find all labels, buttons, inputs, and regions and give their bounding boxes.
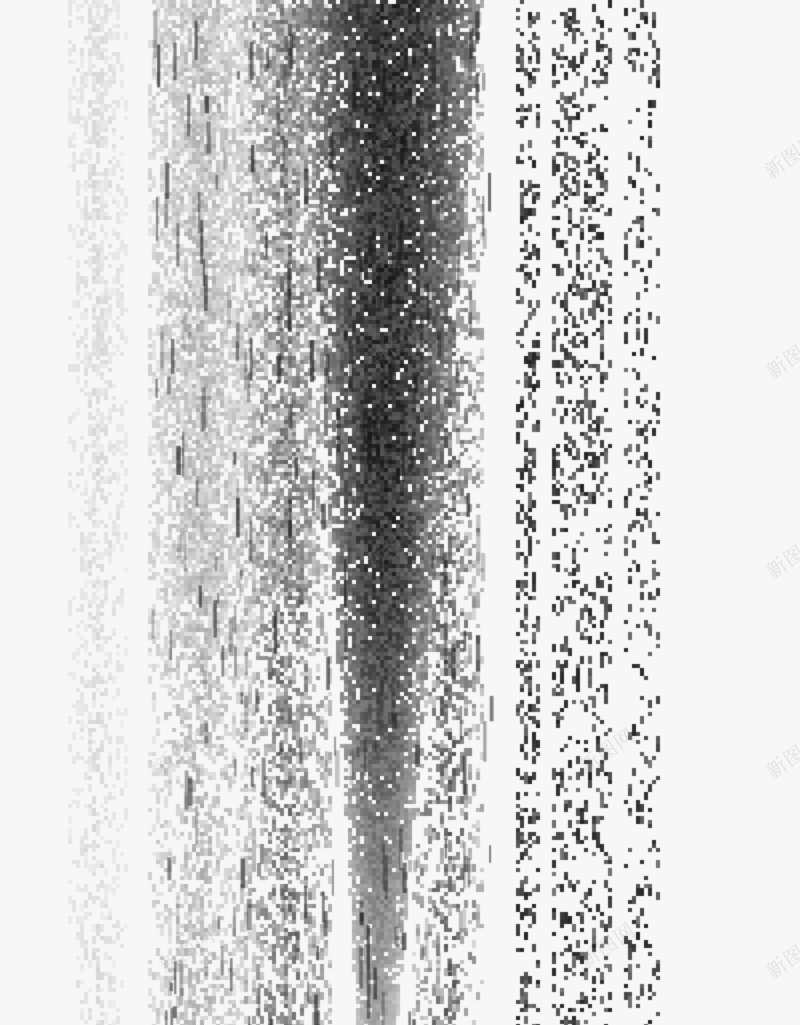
brush-stroke-texture: 新图网 新图网 新图网 新图网 新图网 新图网 新图网 新图网 新图网 新图网 … (0, 0, 800, 1025)
ink-texture-canvas (0, 0, 800, 1025)
